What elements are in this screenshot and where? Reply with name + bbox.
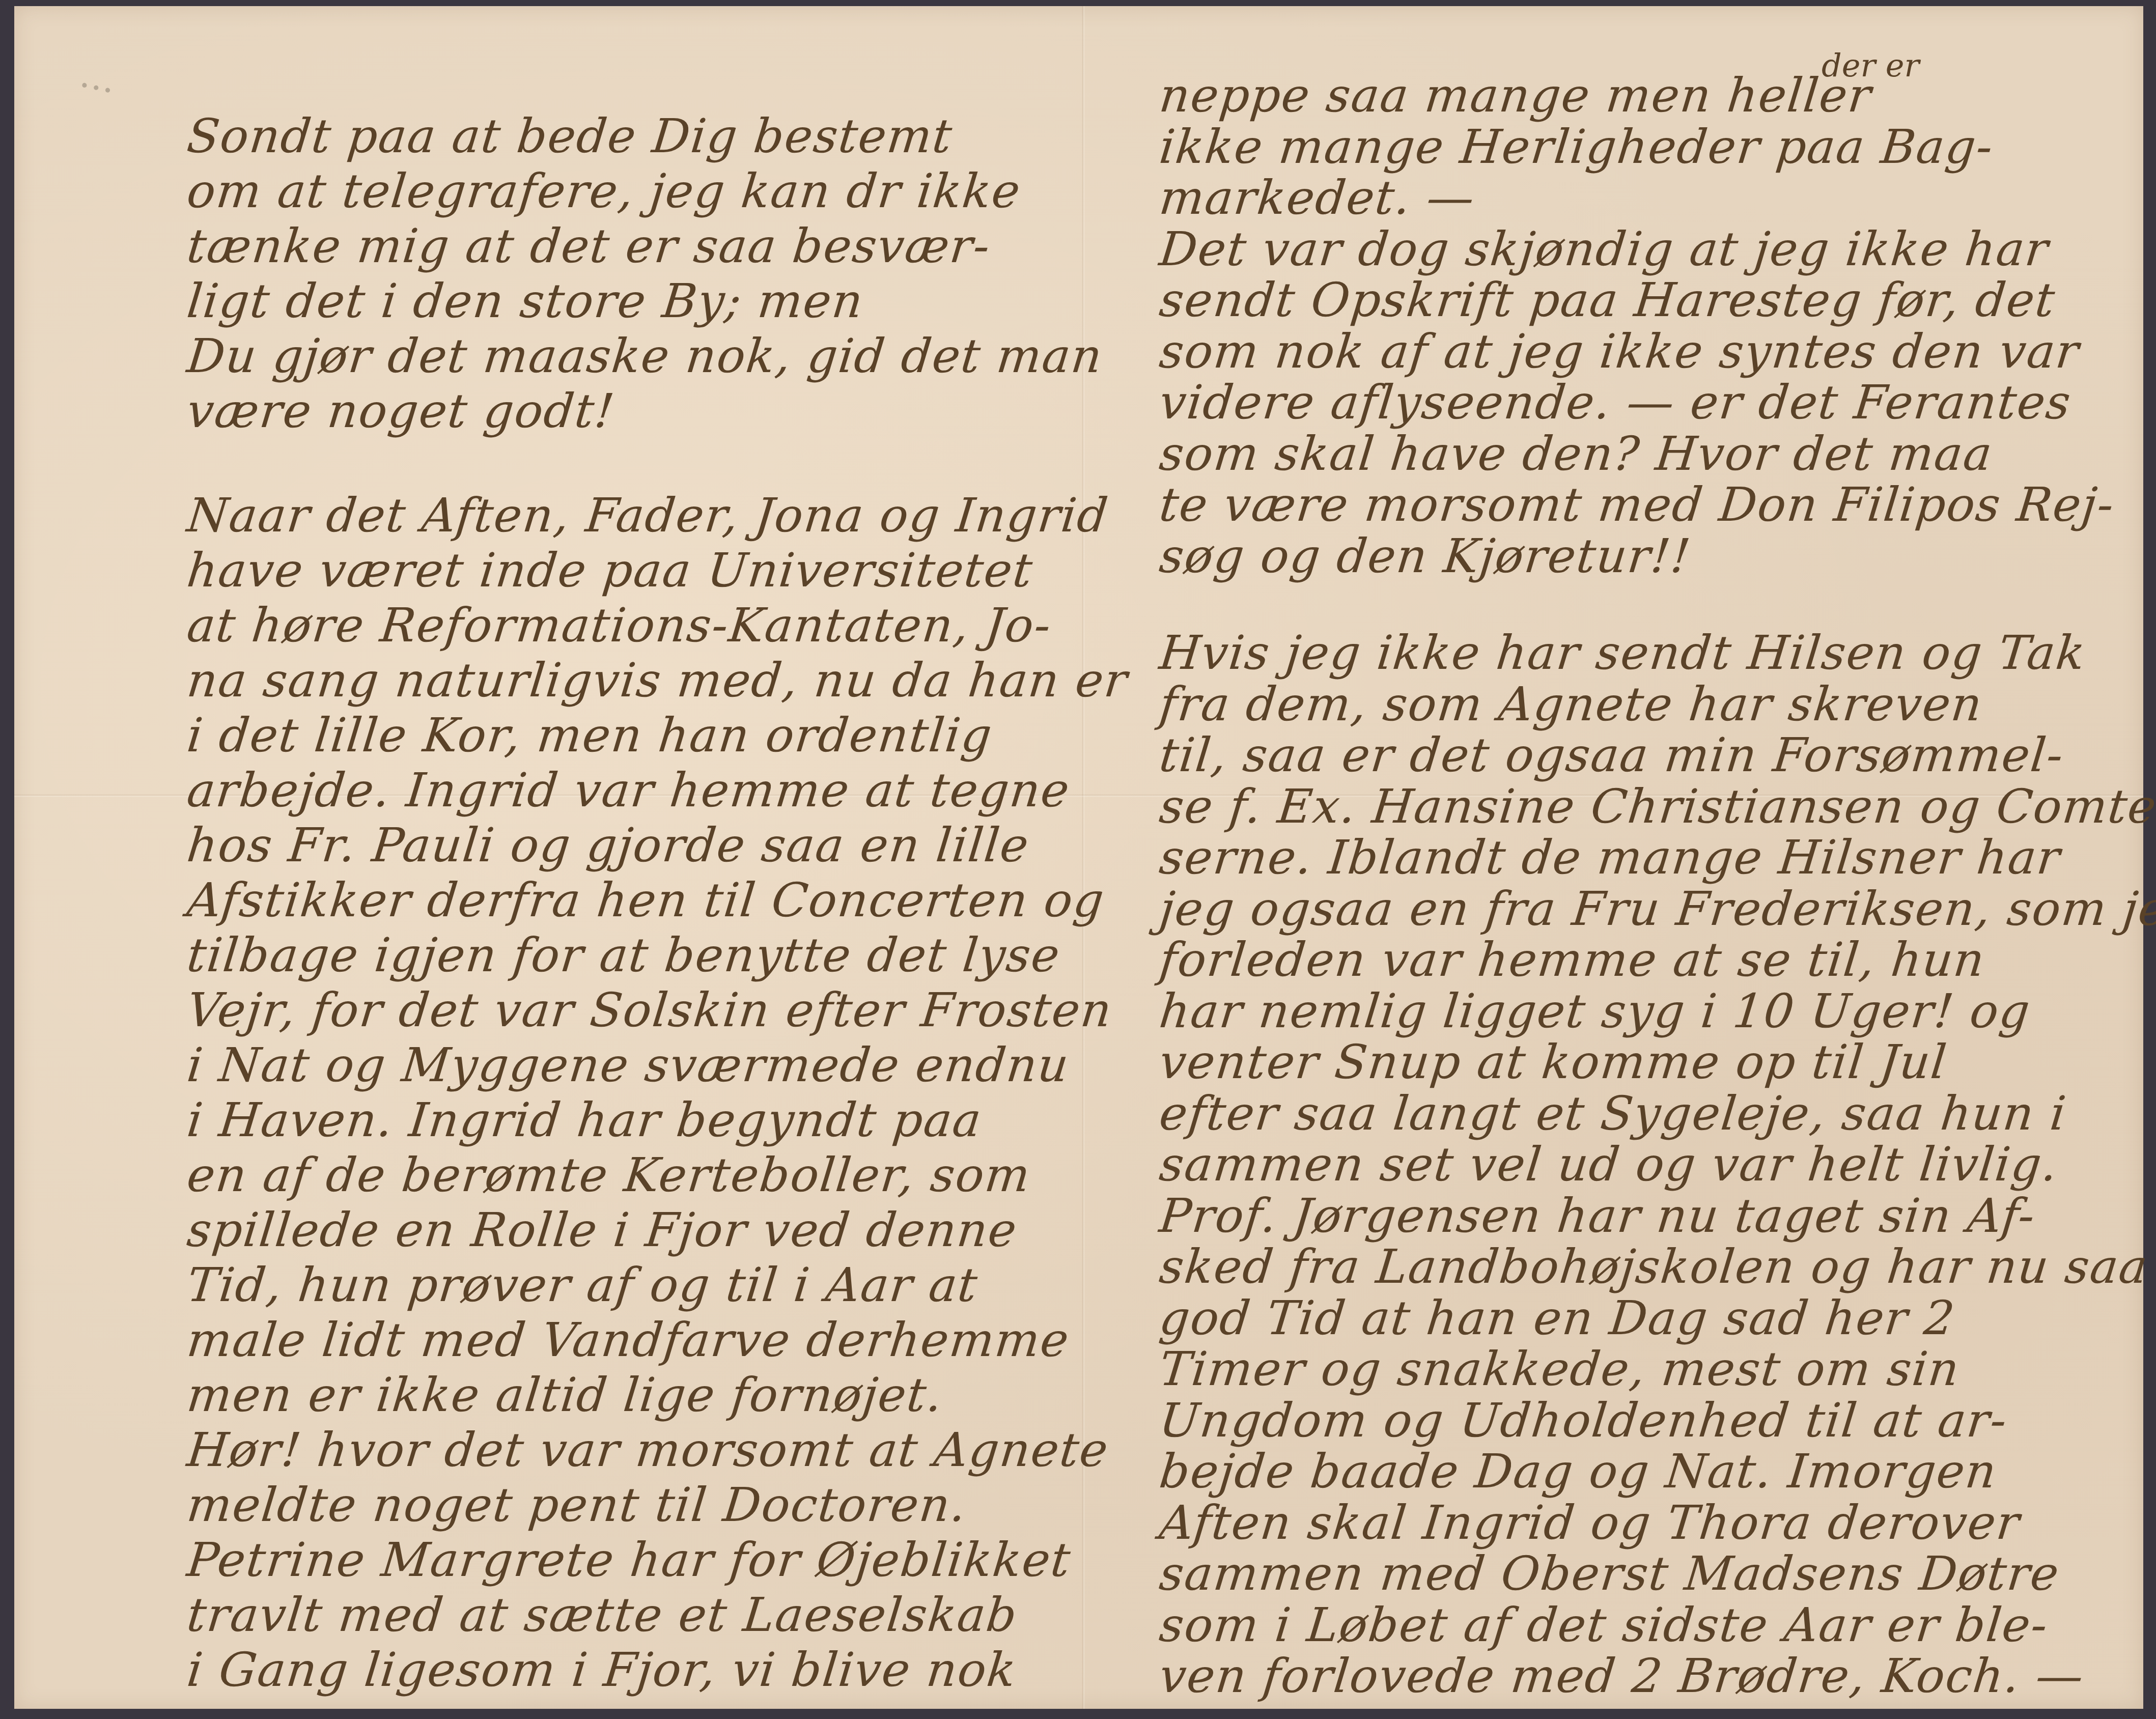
handwritten-line: na sang naturligvis med, nu da han er — [185, 657, 1130, 704]
handwritten-line: bejde baade Dag og Nat. Imorgen — [1157, 1448, 1999, 1495]
handwritten-line: sked fra Landbohøjskolen og har nu saa — [1157, 1244, 2150, 1290]
handwritten-line: have været inde paa Universitetet — [185, 547, 1035, 594]
handwritten-line: spillede en Rolle i Fjor ved denne — [185, 1207, 1020, 1254]
handwritten-line: ikke mange Herligheder paa Bag- — [1157, 124, 1996, 171]
handwritten-line: søg og den Kjøretur!! — [1157, 533, 1693, 580]
handwritten-line: forleden var hemme at se til, hun — [1157, 937, 1987, 983]
handwritten-line: venter Snup at komme op til Jul — [1157, 1039, 1949, 1086]
handwritten-line: som nok af at jeg ikke syntes den var — [1157, 328, 2082, 375]
handwritten-line: som i Løbet af det sidste Aar er ble- — [1157, 1602, 2051, 1649]
handwritten-line: i Nat og Myggene sværmede endnu — [185, 1042, 1072, 1089]
handwritten-line: Prof. Jørgensen har nu taget sin Af- — [1157, 1193, 2037, 1239]
handwritten-line: har nemlig ligget syg i 10 Uger! og — [1157, 988, 2033, 1035]
handwritten-line: Aften skal Ingrid og Thora derover — [1157, 1500, 2023, 1546]
handwritten-line: Det var dog skjøndig at jeg ikke har — [1157, 226, 2051, 273]
handwritten-line: Timer og snakkede, mest om sin — [1157, 1346, 1962, 1393]
handwritten-line: om at telegrafere, jeg kan dr ikke — [185, 168, 1023, 215]
handwritten-line: Petrine Margrete har for Øjeblikket — [185, 1537, 1073, 1584]
handwritten-line: jeg ogsaa en fra Fru Frederiksen, som je… — [1157, 886, 2156, 933]
handwritten-line: at høre Reformations-Kantaten, Jo- — [185, 602, 1054, 649]
handwritten-line: fra dem, som Agnete har skreven — [1157, 681, 1985, 728]
handwritten-line: Tid, hun prøver af og til i Aar at — [185, 1262, 980, 1309]
handwritten-line: Du gjør det maaske nok, gid det man — [185, 333, 1105, 380]
handwritten-line: tilbage igjen for at benytte det lyse — [185, 932, 1062, 979]
handwritten-line: efter saa langt et Sygeleje, saa hun i — [1157, 1090, 2069, 1137]
handwritten-line: sendt Opskrift paa Haresteg før, det — [1157, 277, 2058, 324]
handwritten-line: hos Fr. Pauli og gjorde saa en lille — [185, 822, 1031, 869]
handwritten-line: travlt med at sætte et Laeselskab — [185, 1592, 1020, 1639]
handwritten-line: videre aflyseende. — er det Ferantes — [1157, 379, 2074, 426]
letter-sheet: … Sondt paa at bede Dig bestemtom at tel… — [14, 6, 2143, 1709]
handwritten-line: en af de berømte Kerteboller, som — [185, 1152, 1033, 1199]
handwritten-line: men er ikke altid lige fornøjet. — [185, 1372, 945, 1419]
handwritten-line: te være morsomt med Don Filipos Rej- — [1157, 482, 2117, 528]
handwritten-line: Naar det Aften, Fader, Jona og Ingrid — [185, 492, 1111, 539]
handwritten-line: markedet. — — [1157, 175, 1477, 221]
handwritten-line: i Gang ligesom i Fjor, vi blive nok — [185, 1647, 1019, 1694]
handwritten-line: neppe saa mange men heller — [1157, 72, 1874, 119]
handwritten-line: i Haven. Ingrid har begyndt paa — [185, 1097, 984, 1144]
handwritten-line: male lidt med Vandfarve derhemme — [185, 1317, 1072, 1364]
handwritten-line: til, saa er det ogsaa min Forsømmel- — [1157, 732, 2066, 779]
handwritten-line: Hvis jeg ikke har sendt Hilsen og Tak — [1157, 630, 2088, 677]
archive-mark: … — [76, 53, 123, 102]
handwritten-line: i det lille Kor, men han ordentlig — [185, 712, 995, 759]
handwritten-line: tænke mig at det er saa besvær- — [185, 223, 993, 270]
handwritten-line: god Tid at han en Dag sad her 2 — [1157, 1295, 1957, 1342]
handwritten-line: Sondt paa at bede Dig bestemt — [185, 113, 955, 160]
handwritten-line: serne. Iblandt de mange Hilsner har — [1157, 834, 2063, 881]
handwritten-line: se f. Ex. Hansine Christiansen og Comtes… — [1157, 783, 2156, 830]
handwritten-line: arbejde. Ingrid var hemme at tegne — [185, 767, 1072, 814]
handwritten-line: ven forlovede med 2 Brødre, Koch. — — [1157, 1653, 2086, 1700]
handwritten-line: sammen med Oberst Madsens Døtre — [1157, 1551, 2062, 1597]
handwritten-line: være noget godt! — [185, 388, 617, 435]
handwritten-line: Afstikker derfra hen til Concerten og — [185, 877, 1107, 924]
handwritten-line: Ungdom og Udholdenhed til at ar- — [1157, 1397, 2010, 1444]
handwritten-line: sammen set vel ud og var helt livlig. — [1157, 1141, 2060, 1188]
handwritten-line: Vejr, for det var Solskin efter Frosten — [185, 987, 1114, 1034]
handwritten-line: Hør! hvor det var morsomt at Agnete — [185, 1427, 1111, 1474]
handwritten-line: som skal have den? Hvor det maa — [1157, 431, 1995, 477]
handwritten-line: ligt det i den store By; men — [185, 278, 866, 325]
handwritten-line: meldte noget pent til Doctoren. — [185, 1482, 969, 1529]
